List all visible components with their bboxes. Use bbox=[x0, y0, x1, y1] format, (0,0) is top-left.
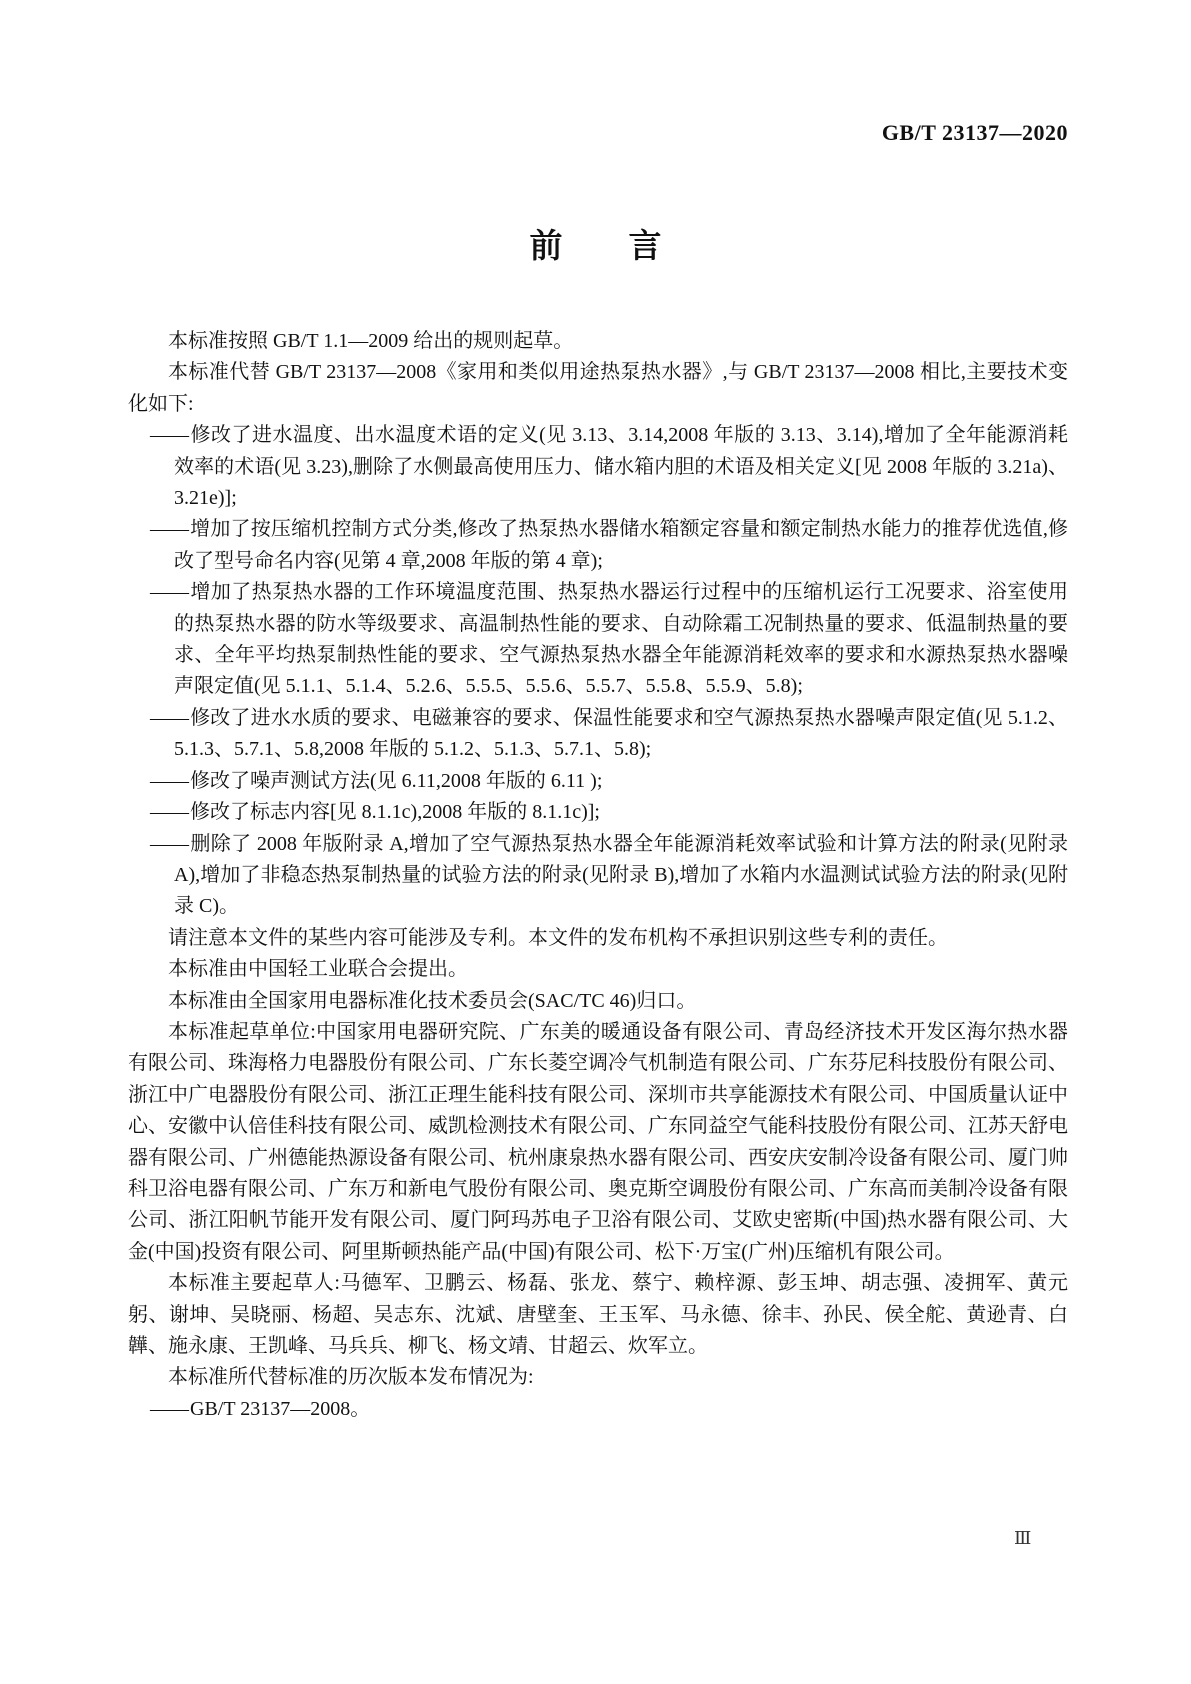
foreword-paragraph-drafting-units: 本标准起草单位:中国家用电器研究院、广东美的暖通设备有限公司、青岛经济技术开发区… bbox=[128, 1017, 1068, 1268]
foreword-paragraph: 请注意本文件的某些内容可能涉及专利。本文件的发布机构不承担识别这些专利的责任。 bbox=[128, 923, 1068, 954]
history-item-text: GB/T 23137—2008。 bbox=[190, 1398, 370, 1420]
change-list-item: ——增加了热泵热水器的工作环境温度范围、热泵热水器运行过程中的压缩机运行工况要求… bbox=[128, 577, 1068, 703]
foreword-paragraph: 本标准按照 GB/T 1.1—2009 给出的规则起草。 bbox=[128, 326, 1068, 357]
change-list-item: ——增加了按压缩机控制方式分类,修改了热泵热水器储水箱额定容量和额定制热水能力的… bbox=[128, 514, 1068, 577]
change-item-text: 增加了热泵热水器的工作环境温度范围、热泵热水器运行过程中的压缩机运行工况要求、浴… bbox=[174, 581, 1068, 697]
document-page: GB/T 23137—2020 前 言 本标准按照 GB/T 1.1—2009 … bbox=[0, 0, 1191, 1684]
change-list-item: ——修改了进水水质的要求、电磁兼容的要求、保温性能要求和空气源热泵热水器噪声限定… bbox=[128, 703, 1068, 766]
dash-prefix: —— bbox=[150, 833, 190, 855]
foreword-paragraph: 本标准所代替标准的历次版本发布情况为: bbox=[128, 1362, 1068, 1393]
change-item-text: 修改了进水温度、出水温度术语的定义(见 3.13、3.14,2008 年版的 3… bbox=[174, 424, 1068, 509]
change-item-text: 修改了进水水质的要求、电磁兼容的要求、保温性能要求和空气源热泵热水器噪声限定值(… bbox=[174, 707, 1068, 760]
standard-code: GB/T 23137—2020 bbox=[128, 120, 1068, 146]
change-list-item: ——删除了 2008 年版附录 A,增加了空气源热泵热水器全年能源消耗效率试验和… bbox=[128, 829, 1068, 923]
change-item-text: 删除了 2008 年版附录 A,增加了空气源热泵热水器全年能源消耗效率试验和计算… bbox=[174, 833, 1068, 918]
change-item-text: 增加了按压缩机控制方式分类,修改了热泵热水器储水箱额定容量和额定制热水能力的推荐… bbox=[174, 518, 1068, 571]
foreword-paragraph: 本标准代替 GB/T 23137—2008《家用和类似用途热泵热水器》,与 GB… bbox=[128, 357, 1068, 420]
page-number: Ⅲ bbox=[1014, 1528, 1031, 1549]
change-list-item: ——修改了噪声测试方法(见 6.11,2008 年版的 6.11 ); bbox=[128, 766, 1068, 797]
foreword-paragraph: 本标准由中国轻工业联合会提出。 bbox=[128, 954, 1068, 985]
change-list-item: ——修改了标志内容[见 8.1.1c),2008 年版的 8.1.1c)]; bbox=[128, 797, 1068, 828]
dash-prefix: —— bbox=[150, 770, 190, 792]
dash-prefix: —— bbox=[150, 801, 190, 823]
change-item-text: 修改了标志内容[见 8.1.1c),2008 年版的 8.1.1c)]; bbox=[190, 801, 600, 823]
foreword-paragraph-drafters: 本标准主要起草人:马德军、卫鹏云、杨磊、张龙、蔡宁、赖梓源、彭玉坤、胡志强、凌拥… bbox=[128, 1268, 1068, 1362]
foreword-body: 本标准按照 GB/T 1.1—2009 给出的规则起草。 本标准代替 GB/T … bbox=[128, 326, 1068, 1425]
change-item-text: 修改了噪声测试方法(见 6.11,2008 年版的 6.11 ); bbox=[190, 770, 602, 792]
dash-prefix: —— bbox=[150, 707, 190, 729]
dash-prefix: —— bbox=[150, 581, 190, 603]
dash-prefix: —— bbox=[150, 518, 190, 540]
dash-prefix: —— bbox=[150, 1398, 190, 1420]
change-list-item: ——修改了进水温度、出水温度术语的定义(见 3.13、3.14,2008 年版的… bbox=[128, 420, 1068, 514]
dash-prefix: —— bbox=[150, 424, 190, 446]
history-list-item: ——GB/T 23137—2008。 bbox=[128, 1394, 1068, 1425]
foreword-paragraph: 本标准由全国家用电器标准化技术委员会(SAC/TC 46)归口。 bbox=[128, 986, 1068, 1017]
page-title: 前 言 bbox=[0, 220, 1191, 267]
